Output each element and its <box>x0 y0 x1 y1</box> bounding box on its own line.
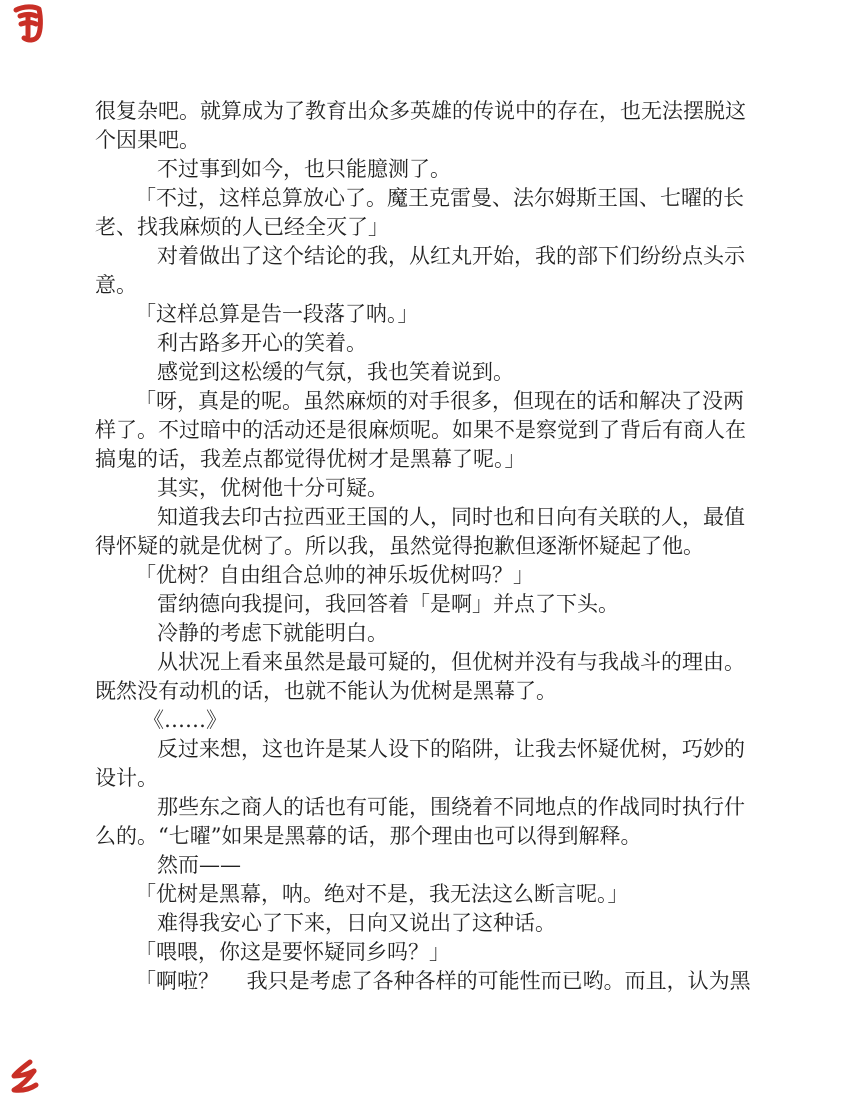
text-line: 从状况上看来虽然是最可疑的，但优树并没有与我战斗的理由。 <box>95 648 775 677</box>
text-line: 反过来想，这也许是某人设下的陷阱，让我去怀疑优树，巧妙的 <box>95 735 775 764</box>
text-line: 对着做出了这个结论的我，从红丸开始，我的部下们纷纷点头示 <box>95 242 775 271</box>
text-line: 利古路多开心的笑着。 <box>95 329 775 358</box>
text-line: 「喂喂，你这是要怀疑同乡吗？」 <box>95 938 775 967</box>
text-line: 感觉到这松缓的气氛，我也笑着说到。 <box>95 358 775 387</box>
text-line: 不过事到如今，也只能臆测了。 <box>95 155 775 184</box>
text-line: 「这样总算是告一段落了呐。」 <box>95 300 775 329</box>
text-line: 「呀，真是的呢。虽然麻烦的对手很多，但现在的话和解决了没两 <box>95 387 775 416</box>
text-line: 设计。 <box>95 764 775 793</box>
text-line: 难得我安心了下来，日向又说出了这种话。 <box>95 909 775 938</box>
text-line: 得怀疑的就是优树了。所以我，虽然觉得抱歉但逐渐怀疑起了他。 <box>95 532 775 561</box>
text-line: 那些东之商人的话也有可能，围绕着不同地点的作战同时执行什 <box>95 793 775 822</box>
text-line: 「不过，这样总算放心了。魔王克雷曼、法尔姆斯王国、七曜的长 <box>95 184 775 213</box>
red-watermark-top-icon <box>8 2 48 44</box>
text-line: 「优树？自由组合总帅的神乐坂优树吗？」 <box>95 561 775 590</box>
text-line: 个因果吧。 <box>95 126 775 155</box>
red-watermark-bottom-icon <box>8 1058 42 1098</box>
text-line: 意。 <box>95 271 775 300</box>
text-line: 雷纳德向我提问，我回答着「是啊」并点了下头。 <box>95 590 775 619</box>
text-line: 「啊啦？ 我只是考虑了各种各样的可能性而已哟。而且，认为黑 <box>95 967 775 996</box>
text-line: 《……》 <box>95 706 775 735</box>
text-line: 很复杂吧。就算成为了教育出众多英雄的传说中的存在，也无法摆脱这 <box>95 97 775 126</box>
text-line: 然而—— <box>95 851 775 880</box>
scanned-novel-page: { "page": { "background_color": "#ffffff… <box>0 0 850 1100</box>
text-line: 「优树是黑幕，呐。绝对不是，我无法这么断言呢。」 <box>95 880 775 909</box>
text-line: 其实，优树他十分可疑。 <box>95 474 775 503</box>
text-line: 搞鬼的话，我差点都觉得优树才是黑幕了呢。」 <box>95 445 775 474</box>
text-line: 冷静的考虑下就能明白。 <box>95 619 775 648</box>
text-line: 么的。“七曜”如果是黑幕的话，那个理由也可以得到解释。 <box>95 822 775 851</box>
novel-text-block: 很复杂吧。就算成为了教育出众多英雄的传说中的存在，也无法摆脱这个因果吧。不过事到… <box>95 97 775 996</box>
text-line: 既然没有动机的话，也就不能认为优树是黑幕了。 <box>95 677 775 706</box>
text-line: 知道我去印古拉西亚王国的人，同时也和日向有关联的人，最值 <box>95 503 775 532</box>
text-line: 老、找我麻烦的人已经全灭了」 <box>95 213 775 242</box>
text-line: 样了。不过暗中的活动还是很麻烦呢。如果不是察觉到了背后有商人在 <box>95 416 775 445</box>
